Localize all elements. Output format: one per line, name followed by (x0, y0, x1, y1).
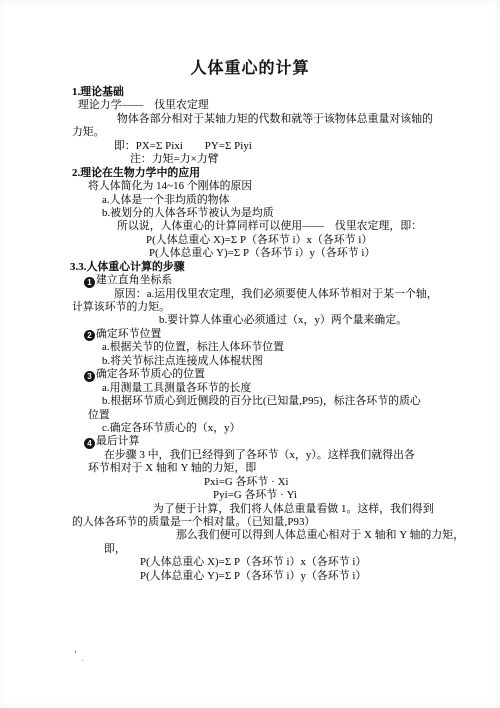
doc-line: 在步骤 3 中，我们已经得到了各环节（x，y）。这样我们就得出各 (104, 449, 500, 462)
doc-line-text: 2.理论在生物力学中的应用 (72, 167, 200, 179)
doc-line: 注：力矩=力×力臂 (130, 153, 500, 166)
doc-line-text: Pyi=G 各环节 · Yi (213, 489, 297, 501)
numbered-circle-bullet-icon: 4 (84, 438, 95, 449)
doc-line: b.将关节标注点连接成人体棍状图 (102, 355, 500, 368)
numbered-circle-bullet-icon: 3 (84, 371, 95, 382)
page-title: 人体重心的计算 (0, 0, 500, 80)
doc-line-text: 为了便于计算，我们将人体总重量看做 1。这样，我们得到 (153, 503, 434, 515)
doc-line-text: 物体各部分相对于某轴力矩的代数和就等于该物体总重量对该轴的 (117, 113, 433, 125)
doc-line-text: 位置 (88, 409, 110, 421)
doc-line: 4最后计算 (84, 435, 500, 448)
doc-line: P(人体总重心 Y)=Σ P（各环节 i）y（各环节 i） (149, 247, 500, 260)
doc-line-text: 注：力矩=力×力臂 (130, 153, 219, 165)
doc-line: 所以说，人体重心的计算同样可以使用—— 伐里农定理，即： (117, 220, 500, 233)
doc-line: 即：PX=Σ Pixi PY=Σ Piyi (114, 140, 500, 153)
doc-line: 计算该环节的力矩。 (72, 301, 500, 314)
doc-line: P(人体总重心 X)=Σ P（各环节 i）x（各环节 i） (146, 234, 500, 247)
doc-line-text: 1.理论基础 (72, 86, 124, 98)
doc-line: 2确定环节位置 (84, 328, 500, 341)
numbered-circle-bullet-icon: 1 (84, 277, 95, 288)
doc-line-text: 3.3.人体重心计算的步骤 (70, 261, 185, 273)
scan-artifact-mark: ' (74, 651, 76, 660)
doc-section-heading: 1.理论基础 (72, 86, 500, 99)
doc-line: 3确定各环节质心的位置 (84, 368, 500, 381)
doc-line-text: 确定各环节质心的位置 (96, 368, 205, 380)
doc-line-text: b.根据环节质心到近侧段的百分比(已知量,P95)，标注各环节的质心 (102, 395, 421, 407)
doc-line: b.要计算人体重心必须通过（x，y）两个量来确定。 (159, 314, 500, 327)
doc-line-text: P(人体总重心 Y)=Σ P（各环节 i）y（各环节 i） (140, 570, 366, 582)
doc-line: 位置 (88, 409, 500, 422)
doc-line: a.人体是一个非均质的物体 (102, 194, 500, 207)
doc-line: 环节相对于 X 轴和 Y 轴的力矩，即 (88, 462, 500, 475)
doc-line: a.用测量工具测量各环节的长度 (102, 382, 500, 395)
document-page: 人体重心的计算 1.理论基础理论力学—— 伐里农定理物体各部分相对于某轴力矩的代… (0, 0, 500, 708)
doc-line-text: P(人体总重心 X)=Σ P（各环节 i）x（各环节 i） (146, 234, 372, 246)
doc-line-text: 的人体各环节的质量是一个相对量。（已知量,P93） (72, 516, 315, 528)
doc-line: b.被划分的人体各环节被认为是均质 (102, 207, 500, 220)
doc-line-text: 所以说，人体重心的计算同样可以使用—— 伐里农定理，即： (117, 220, 422, 232)
doc-line: 将人体简化为 14~16 个刚体的原因 (88, 180, 500, 193)
doc-line: P(人体总重心 X)=Σ P（各环节 i）x（各环节 i） (140, 556, 500, 569)
doc-line: 即， (104, 543, 500, 556)
doc-line-text: 即， (104, 543, 126, 555)
doc-line-text: 那么我们便可以得到人体总重心相对于 X 轴和 Y 轴的力矩， (176, 529, 464, 541)
doc-line: 物体各部分相对于某轴力矩的代数和就等于该物体总重量对该轴的 (117, 113, 500, 126)
doc-line-text: P(人体总重心 X)=Σ P（各环节 i）x（各环节 i） (140, 556, 366, 568)
doc-line-text: 将人体简化为 14~16 个刚体的原因 (88, 180, 252, 192)
doc-line-text: 即：PX=Σ Pixi PY=Σ Piyi (114, 140, 252, 152)
doc-line: 1建立直角坐标系 (84, 274, 500, 287)
doc-line-text: a.根据关节的位置，标注人体环节位置 (102, 341, 284, 353)
doc-line-text: a.人体是一个非均质的物体 (102, 194, 230, 206)
doc-line-text: 在步骤 3 中，我们已经得到了各环节（x，y）。这样我们就得出各 (104, 449, 415, 461)
doc-line: 那么我们便可以得到人体总重心相对于 X 轴和 Y 轴的力矩， (176, 529, 500, 542)
numbered-circle-bullet-icon: 2 (84, 330, 95, 341)
document-lines: 1.理论基础理论力学—— 伐里农定理物体各部分相对于某轴力矩的代数和就等于该物体… (0, 86, 500, 583)
doc-line: 力矩。 (72, 126, 500, 139)
scan-artifact-mark: . (81, 655, 84, 664)
doc-line: Pyi=G 各环节 · Yi (213, 489, 500, 502)
doc-line-text: 最后计算 (96, 435, 140, 447)
doc-line-text: b.被划分的人体各环节被认为是均质 (102, 207, 274, 219)
doc-line-text: 建立直角坐标系 (96, 274, 172, 286)
doc-line: a.根据关节的位置，标注人体环节位置 (102, 341, 500, 354)
doc-line: 的人体各环节的质量是一个相对量。（已知量,P93） (72, 516, 500, 529)
doc-line-text: 力矩。 (72, 126, 105, 138)
doc-line-text: 原因：a.运用伐里农定理，我们必须要使人体环节相对于某一个轴， (114, 288, 438, 300)
doc-line: Pxi=G 各环节 · Xi (204, 476, 500, 489)
doc-line: 为了便于计算，我们将人体总重量看做 1。这样，我们得到 (153, 503, 500, 516)
doc-line-text: P(人体总重心 Y)=Σ P（各环节 i）y（各环节 i） (149, 247, 375, 259)
doc-line-text: b.将关节标注点连接成人体棍状图 (102, 355, 263, 367)
doc-line-text: a.用测量工具测量各环节的长度 (102, 382, 251, 394)
doc-line: c.确定各环节质心的（x，y） (102, 422, 500, 435)
doc-line-text: c.确定各环节质心的（x，y） (102, 422, 241, 434)
doc-line: P(人体总重心 Y)=Σ P（各环节 i）y（各环节 i） (140, 570, 500, 583)
doc-line-text: Pxi=G 各环节 · Xi (204, 476, 289, 488)
doc-line-text: 理论力学—— 伐里农定理 (78, 99, 209, 111)
doc-section-heading: 2.理论在生物力学中的应用 (72, 167, 500, 180)
doc-line: 理论力学—— 伐里农定理 (78, 99, 500, 112)
doc-line-text: b.要计算人体重心必须通过（x，y）两个量来确定。 (159, 314, 407, 326)
doc-line: b.根据环节质心到近侧段的百分比(已知量,P95)，标注各环节的质心 (102, 395, 500, 408)
doc-line: 原因：a.运用伐里农定理，我们必须要使人体环节相对于某一个轴， (114, 288, 500, 301)
doc-section-heading: 3.3.人体重心计算的步骤 (70, 261, 500, 274)
doc-line-text: 计算该环节的力矩。 (72, 301, 170, 313)
doc-line-text: 环节相对于 X 轴和 Y 轴的力矩，即 (88, 462, 256, 474)
doc-line-text: 确定环节位置 (96, 328, 161, 340)
